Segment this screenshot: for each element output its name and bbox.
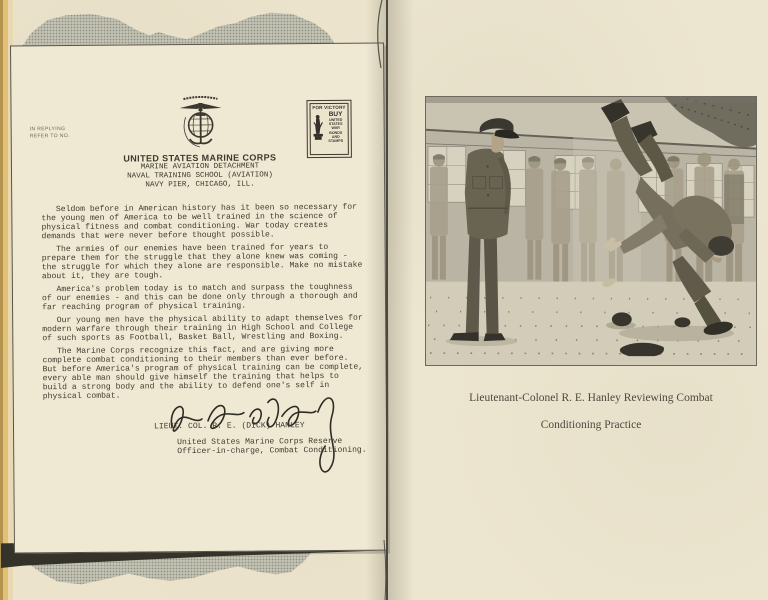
letterhead-line: NAVY PIER, CHICAGO, ILL. [70,180,330,191]
stamp-tiny-line: AND STAMPS [326,135,346,144]
page-curl-lines [372,0,392,600]
combat-conditioning-photo [425,96,757,366]
reply-note-line: REFER TO NO. [30,133,70,140]
handwritten-signature [164,384,350,485]
usmc-eagle-globe-anchor-icon [171,95,229,153]
letter-paragraph: The armies of our enemies have been trai… [42,243,366,282]
stamp-tiny-line: WAR BONDS [326,126,346,135]
letter-paragraph: Seldom before in American history has it… [41,203,365,242]
photo-caption: Lieutenant-Colonel R. E. Hanley Reviewin… [425,392,757,431]
signature-block: LIEUT. COL. R. E. (DICK) HANLEY United S… [14,418,386,421]
letter-document: IN REPLYING REFER TO NO. UNITED STATES M… [10,43,388,554]
letter-body-text: Seldom before in American history has it… [41,203,367,405]
letter-paragraph: Our young men have the physical ability … [42,314,366,344]
reply-reference-note: IN REPLYING REFER TO NO. [30,126,70,139]
letterhead: UNITED STATES MARINE CORPS MARINE AVIATI… [70,152,330,190]
signature-org-line: Officer-in-charge, Combat Conditioning. [177,446,367,457]
reply-note-line: IN REPLYING [30,126,70,133]
minuteman-statue-icon [313,111,324,143]
letter-paragraph: America's problem today is to match and … [42,283,366,313]
caption-line: Conditioning Practice [425,419,757,431]
caption-line: Lieutenant-Colonel R. E. Hanley Reviewin… [425,392,757,404]
war-bonds-victory-stamp: FOR VICTORY BUY UNITED STATES WAR BONDS … [306,100,351,158]
stamp-header-text: FOR VICTORY [307,105,350,110]
signature-typed-name: LIEUT. COL. R. E. (DICK) HANLEY [154,421,305,431]
